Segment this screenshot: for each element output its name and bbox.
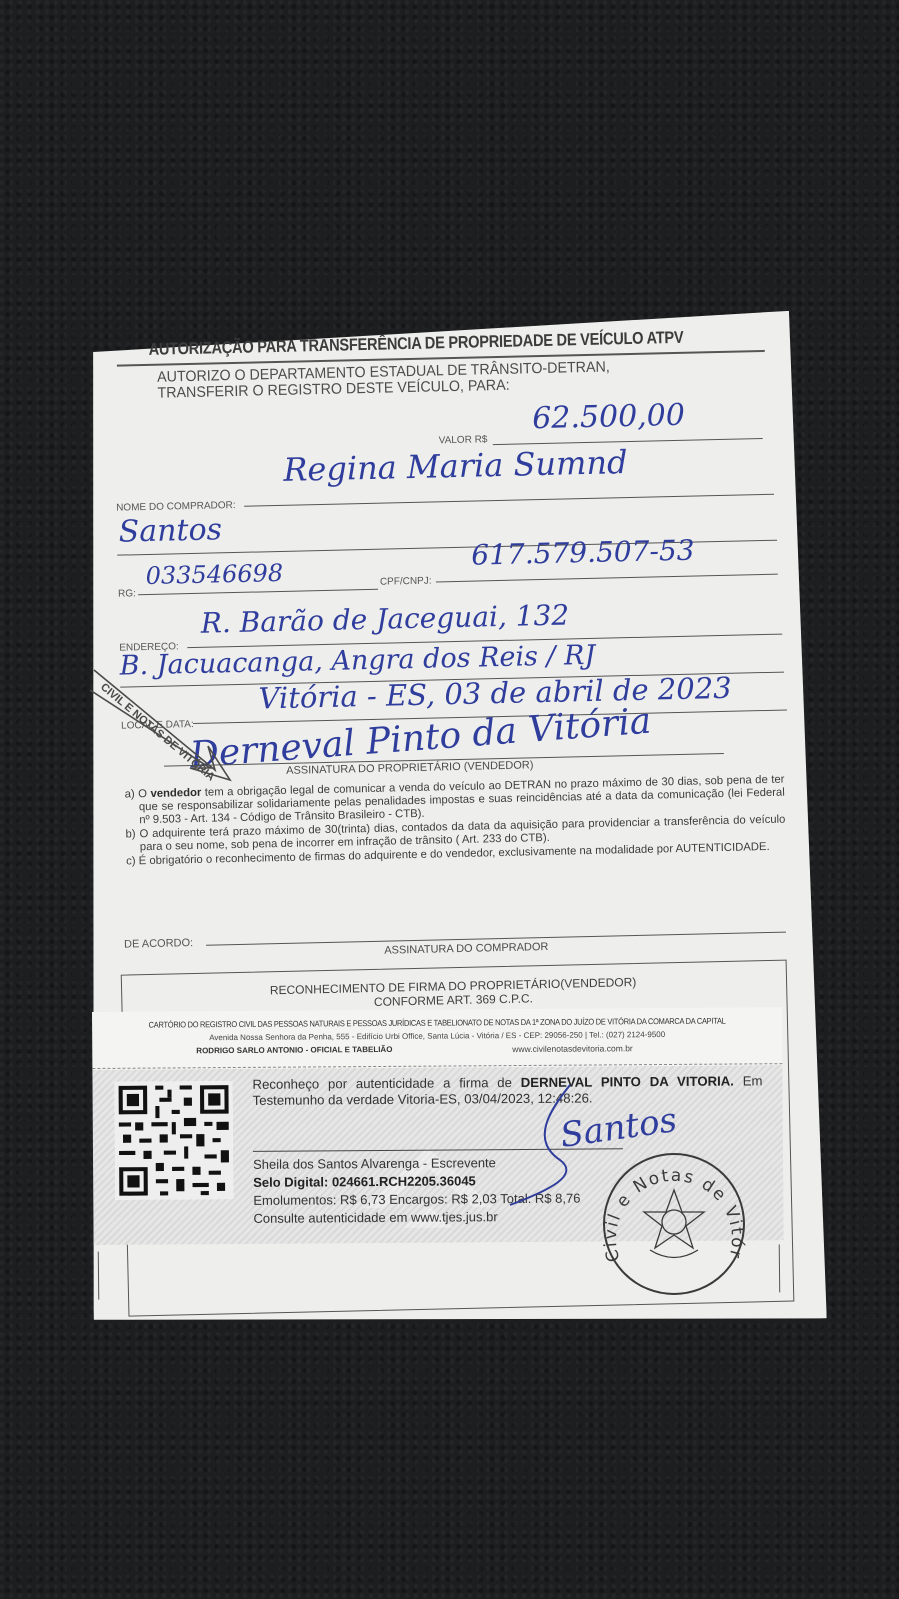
cpf-value[interactable]: 617.579.507-53: [471, 534, 695, 572]
rg-label: RG:: [118, 588, 136, 599]
valor-line: [493, 438, 763, 445]
digital-seal: Selo Digital: 024661.RCH2205.36045: [253, 1173, 476, 1190]
cpf-line: [436, 574, 778, 583]
local-data-value[interactable]: Vitória - ES, 03 de abril de 2023: [258, 671, 732, 716]
form-subtitle: AUTORIZO O DEPARTAMENTO ESTADUAL DE TRÂN…: [157, 359, 610, 401]
comprador-line1: [244, 494, 774, 507]
de-acordo-label: DE ACORDO:: [124, 937, 193, 951]
comprador-name-line2[interactable]: Santos: [118, 512, 222, 549]
diagonal-notary-stamp: CIVIL E NOTAS DE VITÓRIA: [90, 650, 240, 800]
rg-line: [138, 589, 378, 595]
signature-scribble: [490, 1080, 590, 1210]
valor-label: VALOR R$: [439, 434, 488, 446]
comprador-signature-label: ASSINATURA DO COMPRADOR: [384, 941, 548, 957]
notary-officer: RODRIGO SARLO ANTONIO - OFICIAL E TABELI…: [196, 1045, 392, 1055]
comprador-name-line1[interactable]: Regina Maria Sumnd: [283, 443, 628, 489]
clerk-name: Sheila dos Santos Alvarenga - Escrevente: [253, 1155, 496, 1172]
rg-value[interactable]: 033546698: [145, 559, 283, 590]
notary-office-name: CARTÓRIO DO REGISTRO CIVIL DAS PESSOAS N…: [127, 1015, 748, 1029]
endereco-line1[interactable]: R. Barão de Jaceguai, 132: [200, 598, 569, 639]
consult-link[interactable]: Consulte autenticidade em www.tjes.jus.b…: [253, 1209, 497, 1226]
diagonal-stamp-text: CIVIL E NOTAS DE VITÓRIA: [98, 680, 218, 783]
sticker-header: CARTÓRIO DO REGISTRO CIVIL DAS PESSOAS N…: [92, 1007, 782, 1070]
notary-address: Avenida Nossa Senhora da Penha, 555 - Ed…: [92, 1029, 782, 1043]
qr-code[interactable]: [114, 1081, 233, 1200]
cpf-label: CPF/CNPJ:: [380, 576, 432, 588]
notary-website[interactable]: www.civilenotasdevitoria.com.br: [512, 1043, 633, 1054]
bottom-box-frame: [98, 1244, 780, 1299]
valor-value[interactable]: 62.500,00: [532, 398, 685, 436]
